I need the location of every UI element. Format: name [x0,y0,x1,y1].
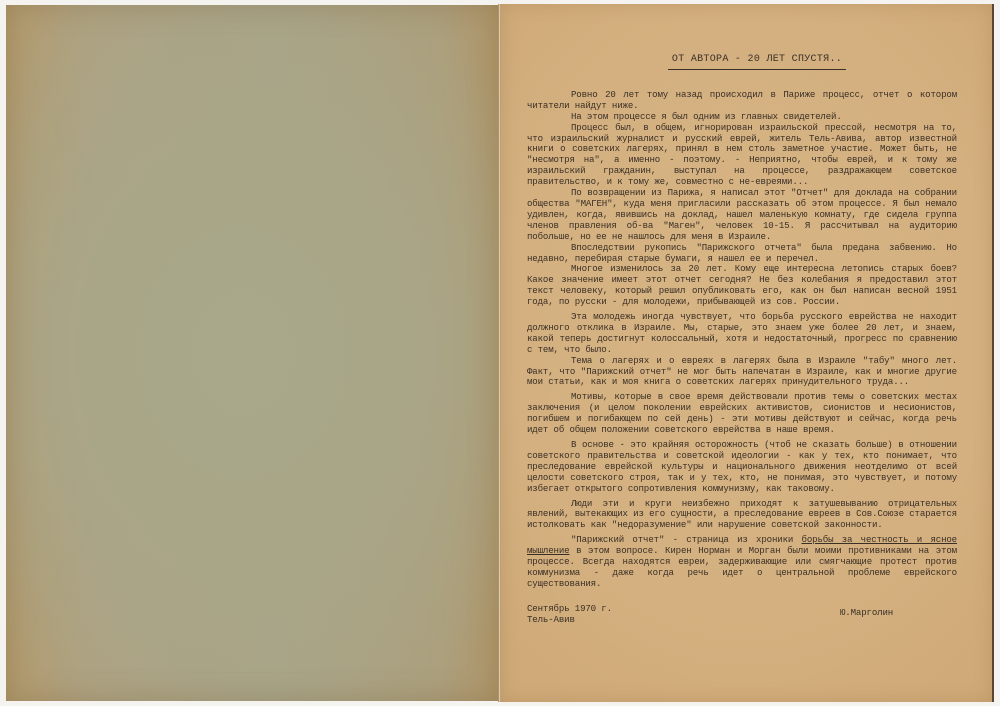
paragraph-1: Ровно 20 лет тому назад происходил в Пар… [527,90,957,112]
paragraph-4: По возвращении из Парижа, я написал этот… [527,188,957,243]
paragraph-7: Эта молодежь иногда чувствует, что борьб… [527,312,957,356]
author-signature: Ю.Марголин [840,608,893,619]
paragraph-12: "Парижский отчет" - страница из хроники … [527,535,957,590]
paragraph-5: Впоследствии рукопись "Парижского отчета… [527,243,957,265]
paragraph-2: На этом процессе я был одним из главных … [527,112,957,123]
paragraph-11: Люди эти и круги неизбежно приходят к за… [527,499,957,532]
document-city: Тель-Авив [527,615,575,626]
paragraph-9: Мотивы, которые в свое время действовали… [527,392,957,436]
book-spread: ОТ АВТОРА - 20 ЛЕТ СПУСТЯ.. Ровно 20 лет… [0,0,1000,706]
paragraph-10: В основе - это крайняя осторожность (что… [527,440,957,495]
paragraph-6: Многое изменилось за 20 лет. Кому еще ин… [527,264,957,308]
paragraph-12-end: в этом вопросе. Кирен Норман и Морган бы… [527,545,957,589]
paragraph-12-start: "Парижский отчет" - страница из хроники [571,534,802,545]
typewritten-document: ОТ АВТОРА - 20 ЛЕТ СПУСТЯ.. Ровно 20 лет… [527,54,957,634]
document-footer: Сентябрь 1970 г. Тель-Авив Ю.Марголин [527,604,957,634]
document-title: ОТ АВТОРА - 20 ЛЕТ СПУСТЯ.. [668,55,846,70]
blank-left-page [6,5,499,701]
paragraph-3: Процесс был, в общем, игнорирован израил… [527,123,957,188]
paragraph-8: Тема о лагерях и о евреях в лагерях была… [527,356,957,389]
